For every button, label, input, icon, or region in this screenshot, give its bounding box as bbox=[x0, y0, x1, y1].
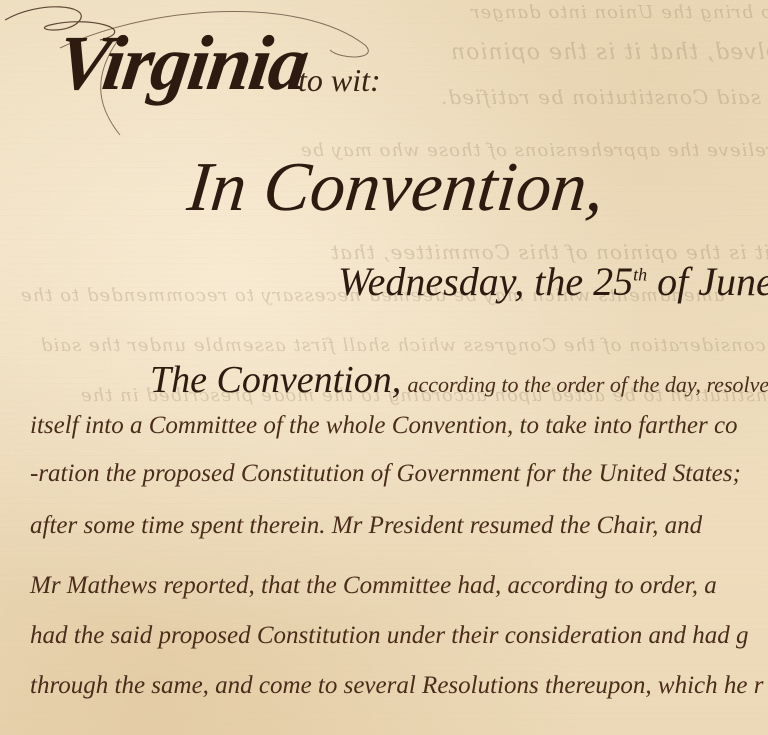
date-line: Wednesday, the 25th of June 1 bbox=[338, 258, 768, 305]
date-suffix: of June 1 bbox=[657, 259, 768, 304]
body-text: according to the order of the day, resol… bbox=[407, 372, 768, 397]
body-line-3: -ration the proposed Constitution of Gov… bbox=[30, 460, 741, 488]
bleed-through-line: Amendments, to bring the Union into dang… bbox=[470, 2, 768, 23]
body-line-4: after some time spent therein. Mr Presid… bbox=[30, 512, 702, 540]
date-prefix: Wednesday, the 25 bbox=[338, 259, 633, 304]
bleed-through-line: Resolved, that it is the opinion bbox=[450, 40, 768, 65]
body-line-5: Mr Mathews reported, that the Committee … bbox=[30, 572, 717, 600]
place-suffix: to wit: bbox=[298, 62, 381, 99]
body-line-6: had the said proposed Constitution under… bbox=[30, 622, 749, 650]
body-line-1: The Convention, according to the order o… bbox=[150, 358, 768, 402]
bleed-through-line: consideration of the Congress which shal… bbox=[40, 335, 766, 356]
bleed-through-line: said Constitution be ratified. bbox=[440, 85, 761, 109]
manuscript-page: Amendments, to bring the Union into dang… bbox=[0, 0, 768, 735]
body-line-2: itself into a Committee of the whole Con… bbox=[30, 412, 738, 440]
lead-words: The Convention, bbox=[150, 359, 401, 401]
body-line-7: through the same, and come to several Re… bbox=[30, 672, 763, 700]
convention-heading: In Convention, bbox=[184, 148, 608, 228]
date-ordinal: th bbox=[633, 265, 647, 285]
place-title: Virginia bbox=[52, 18, 313, 108]
